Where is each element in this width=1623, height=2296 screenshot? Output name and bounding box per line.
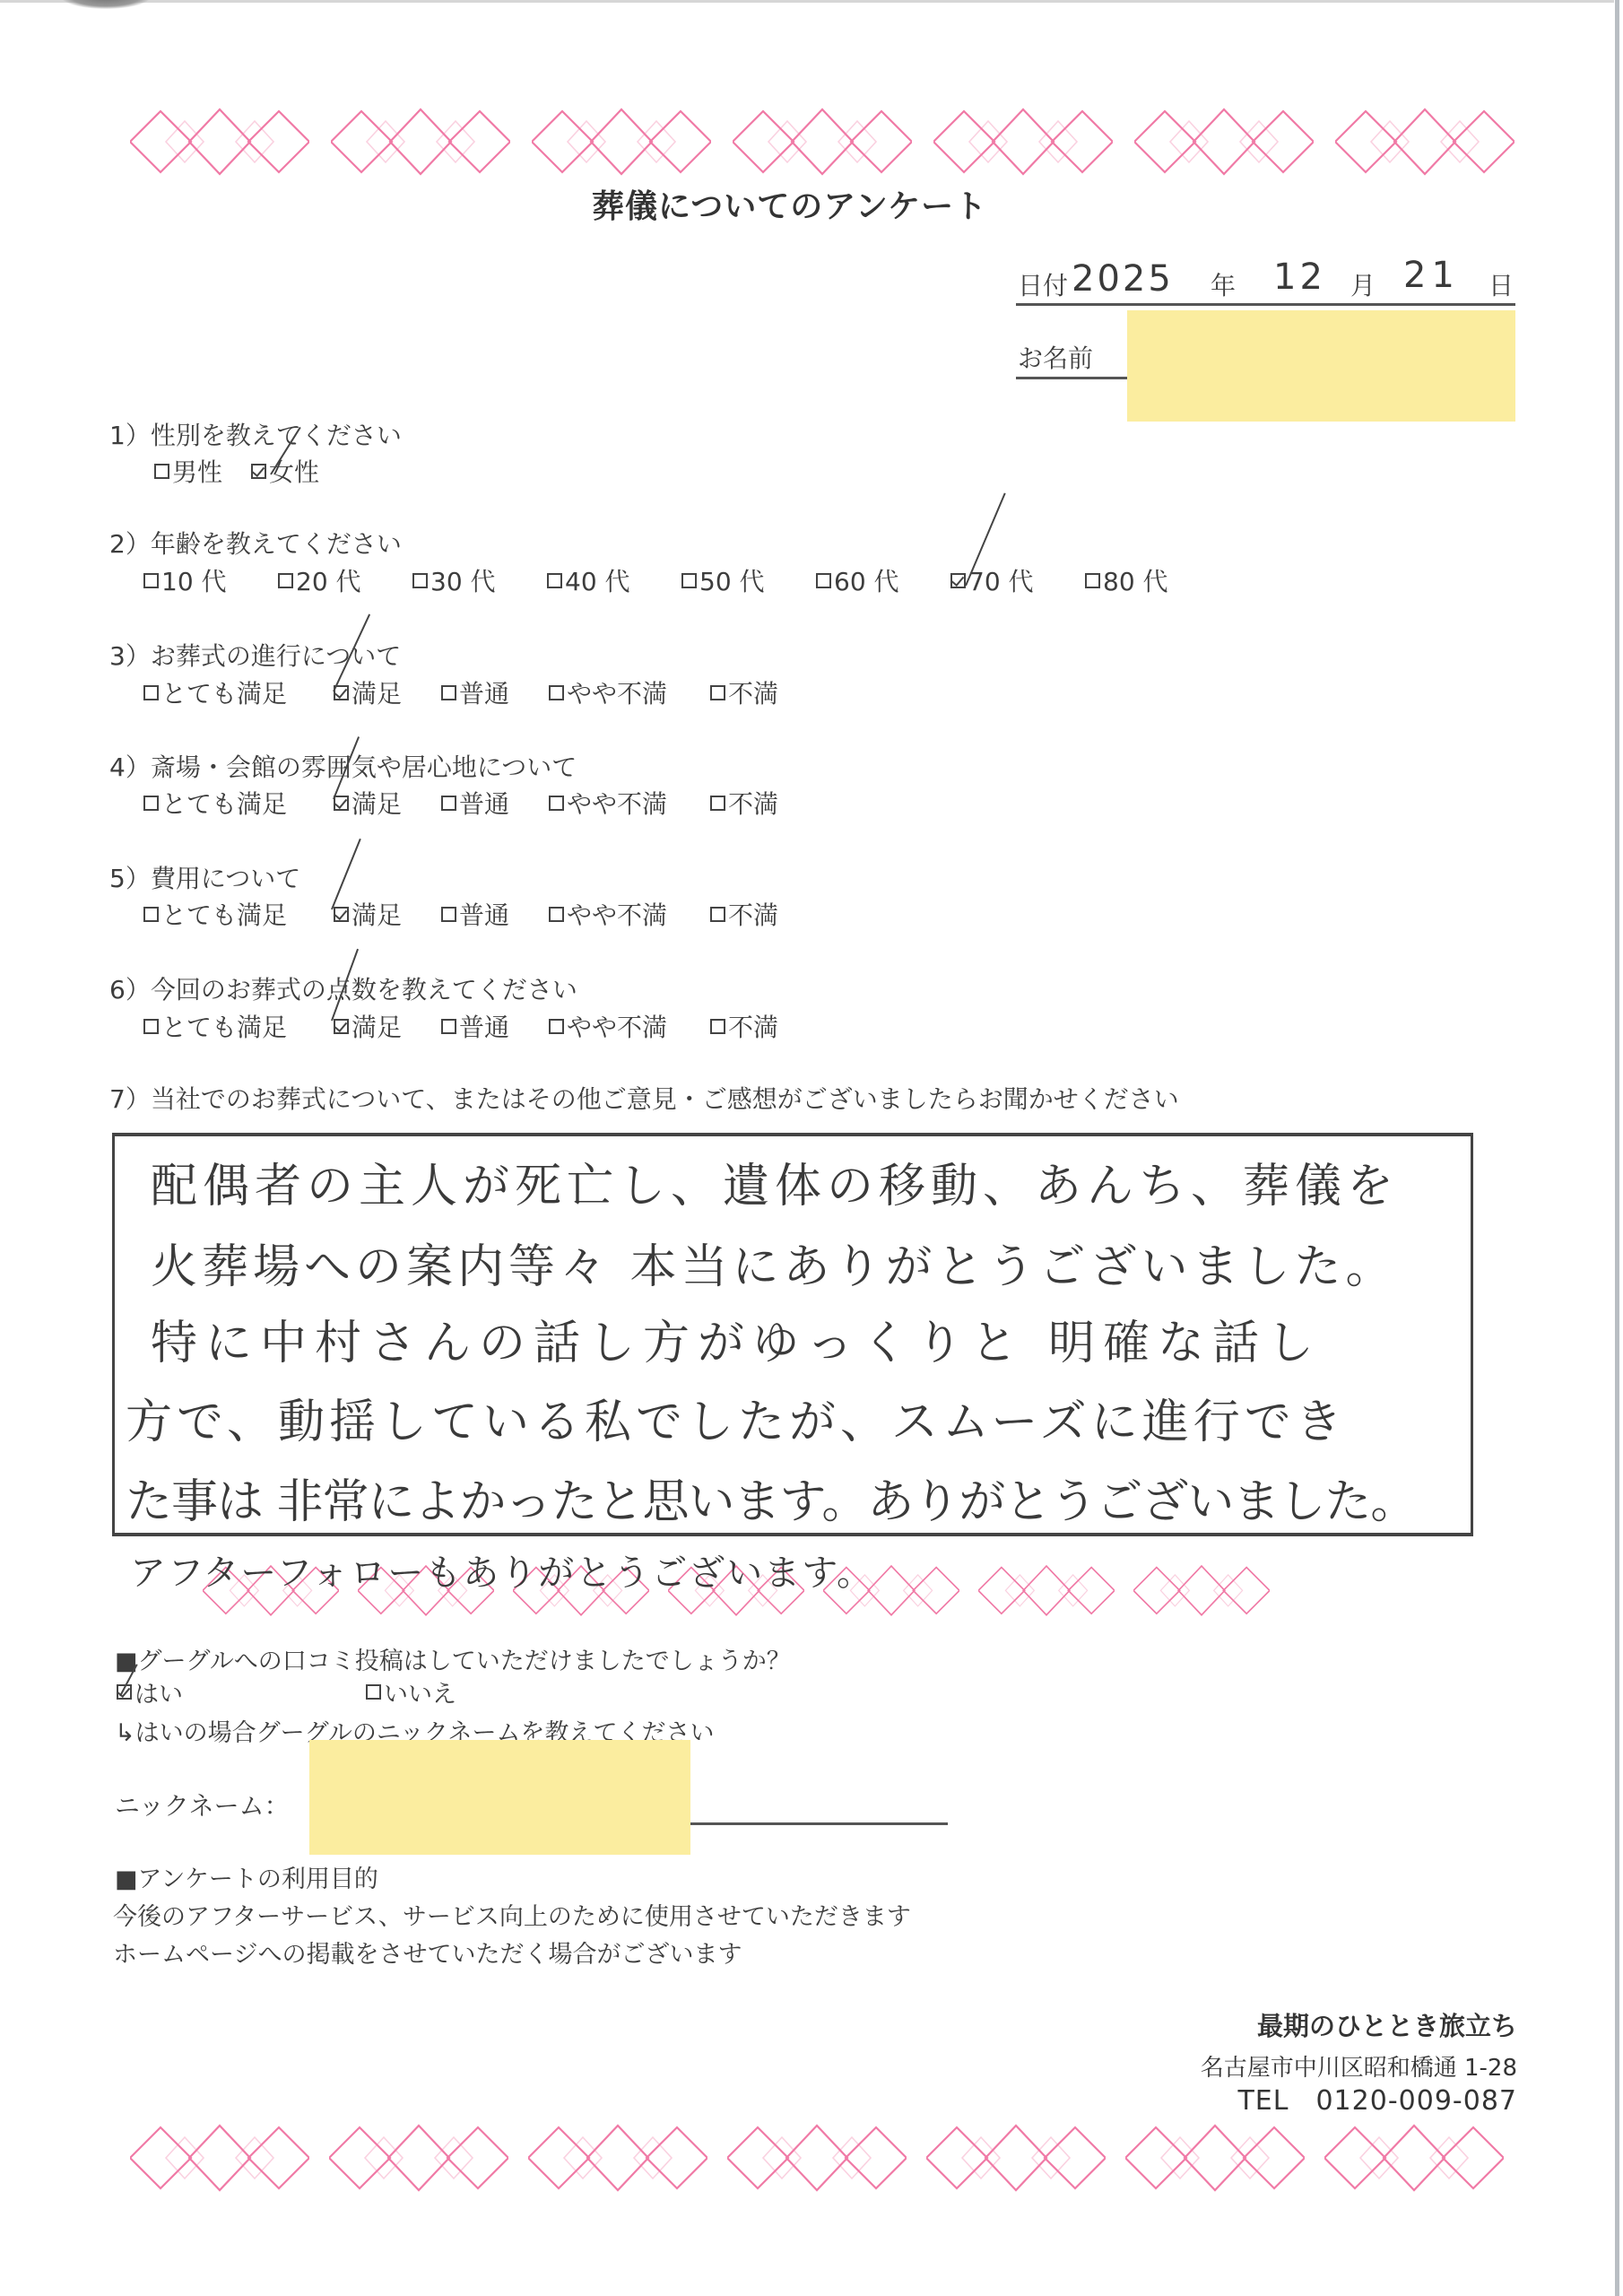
option-dissatisfied[interactable]: 不満 [710,896,778,932]
date-day-value: 21 [1403,255,1460,296]
google-review-question: ■グーグルへの口コミ投稿はしていただけましたでしょうか？ [115,1641,791,1676]
name-label: お名前 [1018,339,1093,375]
day-label: 日 [1488,266,1514,302]
diamond-motif-icon [1133,1563,1270,1618]
checkbox[interactable] [441,1019,456,1034]
option-yes[interactable]: はい [117,1674,366,1709]
diamond-motif-icon [933,106,1113,178]
name-redaction [1127,310,1515,422]
google-review-options: はい いいえ [117,1674,456,1709]
diamond-motif-icon [733,106,912,178]
question-6-options: とても満足 満足 普通 やや不満 不満 [143,1008,778,1044]
option-age-80s[interactable]: 80 代 [1085,562,1219,598]
nickname-underline [690,1822,948,1825]
diamond-group [528,2122,707,2194]
checkbox[interactable] [143,796,159,811]
checkbox[interactable] [549,1019,564,1034]
option-somewhat-dissatisfied[interactable]: やや不満 [549,896,710,932]
purpose-line-2: ホームページへの掲載をさせていただく場合がございます [113,1935,742,1970]
question-3-options: とても満足 満足 普通 やや不満 不満 [143,674,778,710]
year-label: 年 [1211,266,1236,302]
nickname-redaction[interactable] [309,1740,690,1855]
option-age-20s[interactable]: 20 代 [278,562,412,598]
comment-line-4: 方で、動揺している私でしたが、スムーズに進行でき [126,1384,1347,1451]
diamond-motif-icon [1125,2122,1305,2194]
question-1-options: 男性 女性 [154,453,319,489]
diamond-motif-icon [130,106,309,178]
diamond-motif-icon [528,2122,707,2194]
diamond-group [329,2122,508,2194]
company-phone: TEL0120-009-087 [1237,2085,1517,2117]
diamond-group [1125,2122,1305,2194]
checkbox[interactable] [143,573,159,588]
diamond-motif-icon [926,2122,1106,2194]
option-somewhat-dissatisfied[interactable]: やや不満 [549,674,710,710]
option-satisfied[interactable]: 満足 [334,674,441,710]
checkbox[interactable] [143,1019,159,1034]
date-underline [1016,303,1515,306]
option-age-40s[interactable]: 40 代 [547,562,681,598]
purpose-line-1: 今後のアフターサービス、サービス向上のために使用させていただきます [113,1897,911,1932]
diamond-group [727,2122,907,2194]
question-2-options: 10 代 20 代 30 代 40 代 50 代 60 代 70 代 80 代 [143,562,1219,598]
diamond-group [1324,2122,1504,2194]
option-satisfied[interactable]: 満足 [334,896,441,932]
checkbox[interactable] [154,464,169,479]
diamond-group [1133,1563,1270,1618]
diamond-motif-icon [130,2122,309,2194]
option-very-satisfied[interactable]: とても満足 [143,674,334,710]
option-satisfied[interactable]: 満足 [334,1008,441,1044]
diamond-motif-icon [978,1563,1115,1618]
option-very-satisfied[interactable]: とても満足 [143,896,334,932]
option-age-60s[interactable]: 60 代 [816,562,950,598]
option-dissatisfied[interactable]: 不満 [710,785,778,821]
option-somewhat-dissatisfied[interactable]: やや不満 [549,785,710,821]
checkbox[interactable] [441,907,456,922]
checkbox[interactable] [681,573,697,588]
checkbox[interactable] [549,796,564,811]
question-5-label: 5）費用について [109,859,300,895]
diamond-motif-icon [1335,106,1515,178]
option-age-70s[interactable]: 70 代 [950,562,1085,598]
diamond-motif-icon [1324,2122,1504,2194]
option-male[interactable]: 男性 [154,453,222,489]
month-label: 月 [1350,266,1376,302]
checkbox[interactable] [547,573,562,588]
option-neutral[interactable]: 普通 [441,1008,549,1044]
checkbox[interactable] [710,907,725,922]
option-dissatisfied[interactable]: 不満 [710,674,778,710]
comment-line-3: 特に中村さんの話し方がゆっくりと 明確な話し [151,1305,1322,1372]
diamond-group [733,106,912,178]
question-4-options: とても満足 満足 普通 やや不満 不満 [143,785,778,821]
diamond-motif-icon [329,2122,508,2194]
diamond-motif-icon [331,106,510,178]
comment-line-2: 火葬場への案内等々 本当にありがとうございました。 [151,1229,1397,1296]
checkbox[interactable] [143,685,159,700]
checkbox[interactable] [143,907,159,922]
decorative-diamond-border-top [130,106,1515,178]
option-neutral[interactable]: 普通 [441,896,549,932]
diamond-group [331,106,510,178]
scan-edge-right [1615,0,1619,2296]
date-label: 日付 [1018,266,1068,302]
option-age-10s[interactable]: 10 代 [143,562,278,598]
question-2-label: 2）年齢を教えてください [109,525,402,561]
checkbox[interactable] [441,685,456,700]
checkbox[interactable] [1085,573,1100,588]
question-4-label: 4）斎場・会館の雰囲気や居心地について [109,748,577,784]
checkbox[interactable] [366,1684,381,1700]
option-somewhat-dissatisfied[interactable]: やや不満 [549,1008,710,1044]
checkbox[interactable] [710,796,725,811]
date-year-value: 2025 [1072,258,1174,300]
comment-line-5: た事は 非常によかったと思います。ありがとうございました。 [126,1464,1416,1531]
tel-label: TEL [1237,2085,1289,2117]
question-5-options: とても満足 満足 普通 やや不満 不満 [143,896,778,932]
diamond-group [933,106,1113,178]
diamond-group [978,1563,1115,1618]
checkbox[interactable] [816,573,831,588]
comment-line-1: 配偶者の主人が死亡し、遺体の移動、あんち、葬儀を [151,1148,1399,1215]
date-month-value: 12 [1273,257,1326,298]
scan-shadow [61,0,151,9]
diamond-group [926,2122,1106,2194]
option-age-30s[interactable]: 30 代 [412,562,547,598]
checkbox-checked[interactable] [334,796,349,811]
diamond-motif-icon [532,106,711,178]
checkbox-checked[interactable] [334,907,349,922]
scan-edge-top [0,0,1614,3]
question-7-label: 7）当社でのお葬式について、またはその他ご意見・ご感想がございましたらお聞かせく… [109,1080,1179,1116]
question-1-label: 1）性別を教えてください [109,416,402,452]
option-satisfied[interactable]: 満足 [334,785,441,821]
diamond-group [1134,106,1314,178]
company-address: 名古屋市中川区昭和橋通 1-28 [1201,2049,1517,2083]
checkbox[interactable] [278,573,293,588]
diamond-motif-icon [1134,106,1314,178]
option-age-50s[interactable]: 50 代 [681,562,816,598]
checkbox[interactable] [549,685,564,700]
diamond-group [1335,106,1515,178]
tel-number[interactable]: 0120-009-087 [1315,2085,1517,2117]
page-title: 葬儀についてのアンケート [592,181,987,227]
checkbox[interactable] [710,685,725,700]
diamond-group [130,106,309,178]
purpose-heading: ■アンケートの利用目的 [115,1859,378,1894]
diamond-group [130,2122,309,2194]
decorative-diamond-border-bottom [130,2122,1504,2194]
option-neutral[interactable]: 普通 [441,674,549,710]
comment-overflow-line: アフターフォローもありがとうございます。 [130,1544,874,1596]
checkbox[interactable] [549,907,564,922]
checkbox-checked[interactable] [334,1019,349,1034]
nickname-label: ニックネーム： [115,1787,290,1822]
checkbox[interactable] [412,573,428,588]
checkbox[interactable] [441,796,456,811]
diamond-motif-icon [727,2122,907,2194]
checkbox-checked[interactable] [950,573,966,588]
option-dissatisfied[interactable]: 不満 [710,1008,778,1044]
option-no[interactable]: いいえ [366,1674,456,1709]
diamond-group [532,106,711,178]
option-female[interactable]: 女性 [251,453,319,489]
option-very-satisfied[interactable]: とても満足 [143,785,334,821]
option-very-satisfied[interactable]: とても満足 [143,1008,334,1044]
checkbox[interactable] [710,1019,725,1034]
option-neutral[interactable]: 普通 [441,785,549,821]
checkbox-checked[interactable] [251,464,266,479]
company-name: 最期のひととき旅立ち [1257,2006,1517,2043]
